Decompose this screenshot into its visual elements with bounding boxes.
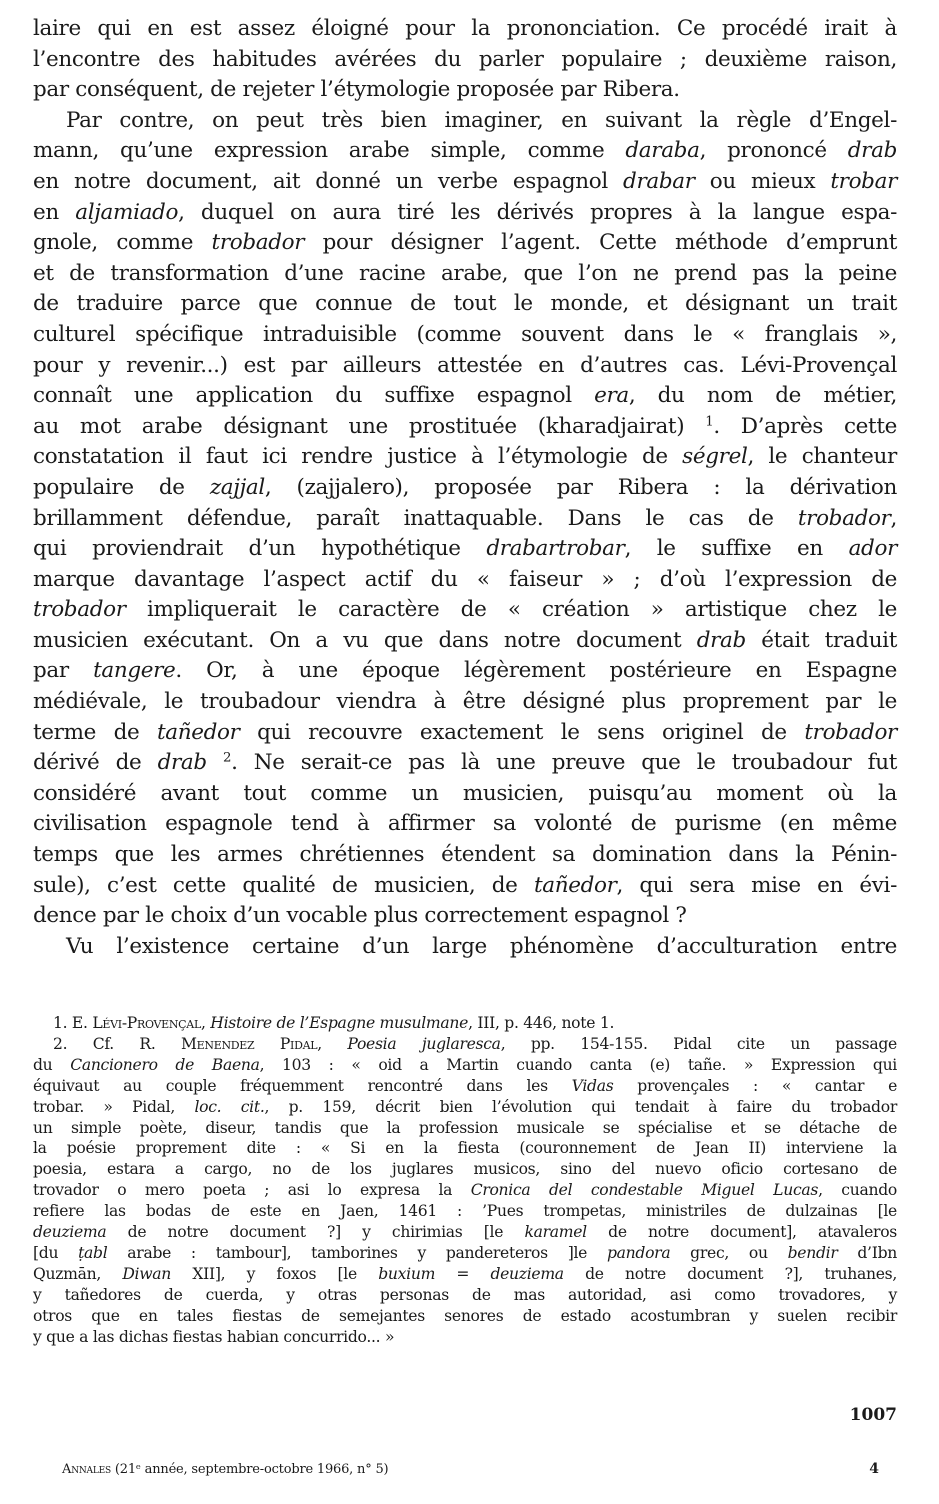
italic-term: Cronica del condestable Miguel Lucas bbox=[471, 1181, 818, 1199]
italic-term: deuziema bbox=[490, 1265, 563, 1283]
body-line: qui proviendrait d’un hypothétique draba… bbox=[33, 534, 897, 565]
running-footer: Annales (21ᵉ année, septembre-octobre 19… bbox=[62, 1462, 388, 1477]
body-text: laire qui en est assez éloigné pour la p… bbox=[33, 14, 897, 962]
body-line: Vu l’existence certaine d’un large phéno… bbox=[33, 932, 897, 963]
body-line: connaît une application du suffixe espag… bbox=[33, 381, 897, 412]
body-line: et de transformation d’une racine arabe,… bbox=[33, 259, 897, 290]
footnote-line: deuziema de notre document ?] y chirimia… bbox=[33, 1222, 897, 1243]
author-name: Lévi-Provençal bbox=[92, 1014, 201, 1032]
footnote-line: poesia, estara a cargo, no de los juglar… bbox=[33, 1159, 897, 1180]
body-line: médiévale, le troubadour viendra à être … bbox=[33, 687, 897, 718]
body-line: populaire de zajjal, (zajjalero), propos… bbox=[33, 473, 897, 504]
footnote-line: 1. E. Lévi-Provençal, Histoire de l’Espa… bbox=[33, 1013, 897, 1034]
italic-term: aljamiado bbox=[75, 200, 178, 225]
italic-term: Vidas bbox=[572, 1077, 614, 1095]
italic-term: zajjal bbox=[210, 475, 265, 500]
body-line: Par contre, on peut très bien imaginer, … bbox=[33, 106, 897, 137]
italic-term: Diwan bbox=[122, 1265, 171, 1283]
footnote-line: [du ṭabl arabe : tambour], tamborines y … bbox=[33, 1243, 897, 1264]
footnote-line: équivaut au couple fréquemment rencontré… bbox=[33, 1076, 897, 1097]
body-line: temps que les armes chrétiennes étendent… bbox=[33, 840, 897, 871]
italic-term: era bbox=[594, 383, 629, 408]
body-line: mann, qu’une expression arabe simple, co… bbox=[33, 136, 897, 167]
italic-term: trobador bbox=[798, 506, 891, 531]
italic-term: Histoire de l’Espagne musulmane bbox=[210, 1014, 468, 1032]
body-line: civilisation espagnole tend à affirmer s… bbox=[33, 809, 897, 840]
footnote-ref: 2 bbox=[223, 751, 231, 766]
italic-term: bendir bbox=[788, 1244, 838, 1262]
body-line: l’encontre des habitudes avérées du parl… bbox=[33, 45, 897, 76]
body-line: gnole, comme trobador pour désigner l’ag… bbox=[33, 228, 897, 259]
document-page: laire qui en est assez éloigné pour la p… bbox=[0, 0, 939, 1504]
body-line: brillamment défendue, paraît inattaquabl… bbox=[33, 504, 897, 535]
italic-term: pandora bbox=[607, 1244, 670, 1262]
footnote-line: un simple poète, diseur, tandis que la p… bbox=[33, 1118, 897, 1139]
body-line: en notre document, ait donné un verbe es… bbox=[33, 167, 897, 198]
footnote-line: y que a las dichas fiestas habian concur… bbox=[33, 1327, 897, 1348]
journal-name: Annales bbox=[62, 1462, 111, 1477]
footnote-line: la poésie proprement dite : « Si en la f… bbox=[33, 1138, 897, 1159]
italic-term: tañedor bbox=[534, 873, 617, 898]
italic-term: trobador bbox=[212, 230, 305, 255]
footnote-line: refiere las bodas de este en Jaen, 1461 … bbox=[33, 1201, 897, 1222]
italic-term: trobar bbox=[830, 169, 897, 194]
signature-mark: 4 bbox=[869, 1461, 879, 1477]
body-line: laire qui en est assez éloigné pour la p… bbox=[33, 14, 897, 45]
body-line: marque davantage l’aspect actif du « fai… bbox=[33, 565, 897, 596]
body-line: par conséquent, de rejeter l’étymologie … bbox=[33, 75, 897, 106]
footnote-line: trobar. » Pidal, loc. cit., p. 159, décr… bbox=[33, 1097, 897, 1118]
body-line: par tangere. Or, à une époque légèrement… bbox=[33, 656, 897, 687]
body-line: de traduire parce que connue de tout le … bbox=[33, 289, 897, 320]
footnote-line: y tañedores de cuerda, y otras personas … bbox=[33, 1285, 897, 1306]
page-number: 1007 bbox=[850, 1405, 897, 1425]
body-line: sule), c’est cette qualité de musicien, … bbox=[33, 871, 897, 902]
footnote-line: Quzmān, Diwan XII], y foxos [le buxium =… bbox=[33, 1264, 897, 1285]
body-line: pour y revenir...) est par ailleurs atte… bbox=[33, 351, 897, 382]
italic-term: Cancionero de Baena bbox=[70, 1056, 259, 1074]
issue-details: (21ᵉ année, septembre-octobre 1966, n° 5… bbox=[115, 1462, 389, 1477]
italic-term: loc. cit. bbox=[194, 1098, 264, 1116]
italic-term: tañedor bbox=[157, 720, 240, 745]
italic-term: daraba bbox=[625, 138, 699, 163]
body-line: au mot arabe désignant une prostituée (k… bbox=[33, 412, 897, 443]
footnote-line: 2. Cf. R. Menendez Pidal, Poesia juglare… bbox=[33, 1034, 897, 1055]
body-line: dence par le choix d’un vocable plus cor… bbox=[33, 901, 897, 932]
italic-term: trobador bbox=[33, 597, 126, 622]
body-line: terme de tañedor qui recouvre exactement… bbox=[33, 718, 897, 749]
italic-term: ador bbox=[849, 536, 897, 561]
italic-term: Poesia juglaresca bbox=[347, 1035, 500, 1053]
italic-term: tangere bbox=[93, 658, 175, 683]
italic-term: ṭabl bbox=[78, 1244, 107, 1262]
body-line: culturel spécifique intraduisible (comme… bbox=[33, 320, 897, 351]
author-name: Menendez Pidal bbox=[181, 1035, 317, 1053]
italic-term: drab bbox=[848, 138, 897, 163]
body-line: considéré avant tout comme un musicien, … bbox=[33, 779, 897, 810]
italic-term: drabartrobar bbox=[486, 536, 624, 561]
italic-term: drab bbox=[697, 628, 746, 653]
body-line: trobador impliquerait le caractère de « … bbox=[33, 595, 897, 626]
body-line: en aljamiado, duquel on aura tiré les dé… bbox=[33, 198, 897, 229]
italic-term: trobador bbox=[804, 720, 897, 745]
footnote-line: otros que en tales fiestas de semejantes… bbox=[33, 1306, 897, 1327]
footnote-line: du Cancionero de Baena, 103 : « oid a Ma… bbox=[33, 1055, 897, 1076]
italic-term: drab bbox=[158, 750, 207, 775]
italic-term: deuziema bbox=[33, 1223, 106, 1241]
footnote-ref: 1 bbox=[705, 414, 713, 429]
italic-term: buxium bbox=[378, 1265, 435, 1283]
italic-term: ségrel bbox=[682, 444, 747, 469]
footnote-line: trovador o mero poeta ; asi lo expresa l… bbox=[33, 1180, 897, 1201]
footnotes: 1. E. Lévi-Provençal, Histoire de l’Espa… bbox=[33, 1013, 897, 1348]
body-line: musicien exécutant. On a vu que dans not… bbox=[33, 626, 897, 657]
body-line: dérivé de drab 2. Ne serait-ce pas là un… bbox=[33, 748, 897, 779]
italic-term: drabar bbox=[623, 169, 695, 194]
body-line: constatation il faut ici rendre justice … bbox=[33, 442, 897, 473]
italic-term: karamel bbox=[524, 1223, 586, 1241]
